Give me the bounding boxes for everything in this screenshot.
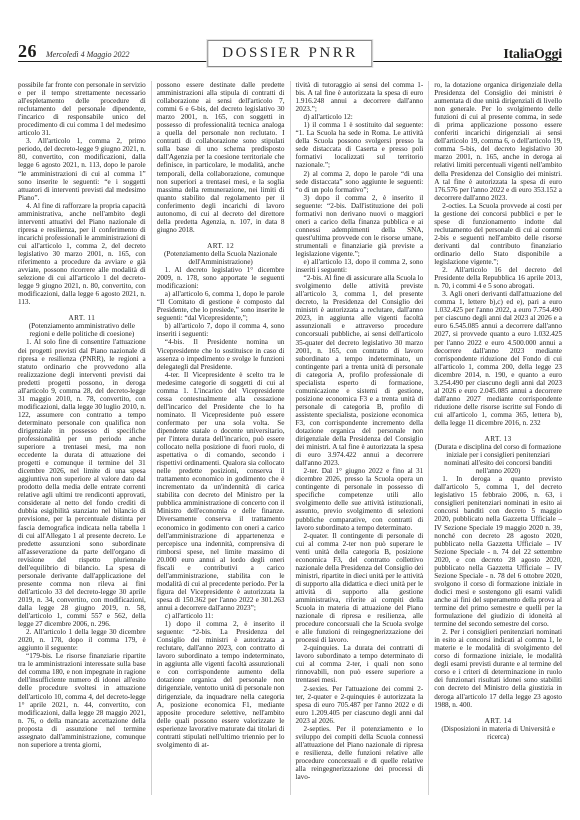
paragraph: 1. Al solo fine di consentire l'attuazio… (18, 338, 146, 628)
paragraph: e) all'articolo 13, dopo il comma 2, son… (296, 258, 424, 274)
paragraph: “179-bis. Le risorse finanziarie riparti… (18, 652, 146, 749)
paragraph: a) all'articolo 6, comma 1, dopo le paro… (157, 290, 285, 322)
section-title: DOSSIER PNRR (222, 45, 357, 61)
article-heading: ART. 14 (434, 717, 562, 725)
paragraph: 2. All'articolo 16 del decreto del Presi… (434, 266, 562, 290)
paragraph: 2-quater. Il contingente di personale di… (296, 532, 424, 645)
text-column-1: possibile far fronte con personale in se… (18, 81, 151, 795)
paragraph: 2) al comma 2, dopo le parole “di una se… (296, 170, 424, 194)
paragraph: 2-octies. La Scuola provvede ai costi pe… (434, 202, 562, 266)
article-subtitle: (Potenziamento amministrativo delle regi… (18, 322, 146, 338)
masthead-logo: ItaliaOggi (503, 47, 562, 63)
paragraph: 3) dopo il comma 2, è inserito il seguen… (296, 194, 424, 258)
paragraph: b) all'articolo 7, dopo il comma 4, sono… (157, 322, 285, 338)
paragraph: c) all'articolo 11: (157, 612, 285, 620)
page-number: 26 (18, 41, 37, 62)
paragraph: possibile far fronte con personale in se… (18, 81, 146, 137)
text-column-2: possono essere destinate dalle predette … (151, 81, 290, 795)
newspaper-page: 26 Mercoledì 4 Maggio 2022 DOSSIER PNRR … (0, 0, 580, 820)
paragraph: 1. Al decreto legislativo 1° dicembre 20… (157, 266, 285, 290)
section-title-box: DOSSIER PNRR (207, 40, 372, 67)
paragraph: 2-septies. Per il potenziamento e lo svi… (296, 725, 424, 781)
paragraph: 2-sexies. Per l'attuazione dei commi 2-t… (296, 685, 424, 725)
article-subtitle: (Disposizioni in materia di Università e… (434, 725, 562, 741)
article-heading: ART. 11 (18, 314, 146, 322)
paragraph: possono essere destinate dalle predette … (157, 81, 285, 234)
article-subtitle: (Durata e disciplina del corso di formaz… (434, 443, 562, 475)
page-header: 26 Mercoledì 4 Maggio 2022 DOSSIER PNRR … (18, 0, 562, 72)
paragraph: ro, la dotazione organica dirigenziale d… (434, 81, 562, 202)
text-column-4: ro, la dotazione organica dirigenziale d… (428, 81, 562, 795)
paragraph: “4-bis. Il Presidente nomina un Vicepres… (157, 338, 285, 370)
paragraph: d) all'articolo 12: (296, 113, 424, 121)
paragraph: 2. All'articolo 1 della legge 30 dicembr… (18, 628, 146, 652)
paragraph: 4-ter. Il Vicepresidente è scelto tra le… (157, 371, 285, 612)
paragraph: 2. Per i consiglieri penitenziari nomina… (434, 628, 562, 708)
paragraph: 4. Al fine di rafforzare la propria capa… (18, 202, 146, 307)
paragraph: 1) il comma 1 è sostituito dal seguente:… (296, 121, 424, 169)
article-subtitle: (Potenziamento della Scuola Nazionale de… (157, 250, 285, 266)
paragraph: 3. Agli oneri derivanti dall'attuazione … (434, 290, 562, 427)
text-column-3: tività di tutoraggio ai sensi del comma … (290, 81, 429, 795)
paragraph: 2-ter. Dal 1° giugno 2022 e fino al 31 d… (296, 467, 424, 531)
paragraph: 3. All'articolo 1, comma 2, primo period… (18, 137, 146, 201)
article-heading: ART. 13 (434, 435, 562, 443)
article-heading: ART. 12 (157, 242, 285, 250)
paragraph: 2-quinquies. La durata dei contratti di … (296, 644, 424, 684)
paragraph: 1) dopo il comma 2, è inserito il seguen… (157, 620, 285, 749)
paragraph: tività di tutoraggio ai sensi del comma … (296, 81, 424, 113)
article-columns: possibile far fronte con personale in se… (18, 81, 562, 795)
paragraph: “2-bis. Al fine di assicurare alla Scuol… (296, 274, 424, 467)
edition-date: Mercoledì 4 Maggio 2022 (46, 50, 129, 59)
paragraph: 1. In deroga a quanto previsto dall'arti… (434, 475, 562, 628)
header-left-group: 26 Mercoledì 4 Maggio 2022 (18, 41, 129, 62)
